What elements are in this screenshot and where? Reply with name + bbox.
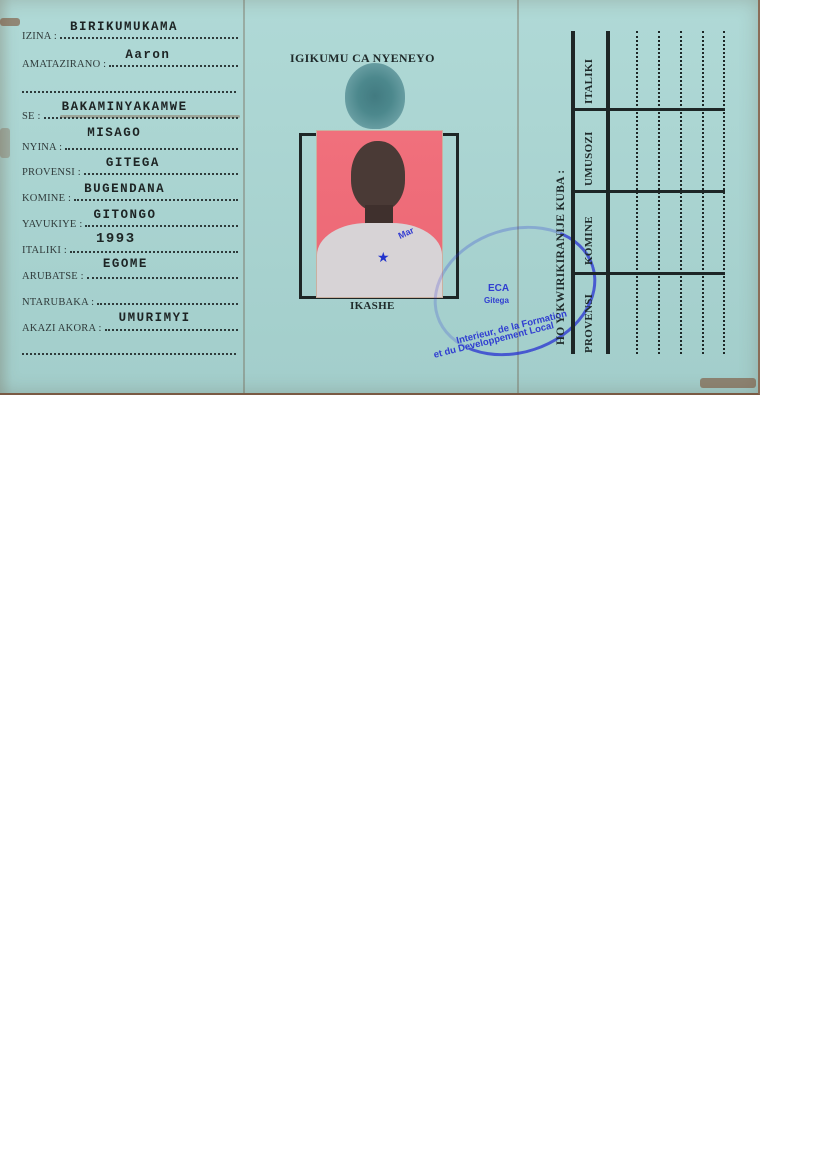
thumbprint-icon — [345, 63, 405, 129]
stamp-text: Gitega — [484, 296, 509, 305]
value-nyina: MISAGO — [87, 126, 141, 140]
value-se: BAKAMINYAKAMWE — [62, 100, 188, 114]
value-yavukiye: GITONGO — [93, 208, 156, 222]
blank-line — [22, 91, 236, 93]
table-dotted-line — [636, 31, 638, 354]
value-komine: BUGENDANA — [84, 182, 165, 196]
column-italiki: ITALIKI — [583, 59, 595, 104]
identity-card: IZINA : BIRIKUMUKAMA AMATAZIRANO : Aaron… — [0, 0, 760, 395]
field-ntarubaka: NTARUBAKA : — [22, 288, 238, 308]
value-izina: BIRIKUMUKAMA — [70, 20, 178, 34]
stain — [0, 128, 10, 158]
thumbprint-title: IGIKUMU CA NYENEYO — [290, 51, 435, 66]
field-komine: KOMINE : BUGENDANA — [22, 184, 238, 204]
value-arubatse: EGOME — [103, 257, 148, 271]
holder-photo: ★ — [316, 130, 443, 298]
field-nyina: NYINA : MISAGO — [22, 133, 238, 153]
stain — [0, 18, 20, 26]
column-provensi: PROVENSI — [583, 294, 595, 353]
field-akazi-akora: AKAZI AKORA : UMURIMYI — [22, 314, 238, 334]
star-icon: ★ — [377, 253, 389, 265]
field-italiki: ITALIKI : 1993 — [22, 236, 238, 256]
field-izina: IZINA : BIRIKUMUKAMA — [22, 22, 238, 42]
table-dotted-line — [658, 31, 660, 354]
value-provensi: GITEGA — [106, 156, 160, 170]
card-fold — [243, 0, 245, 393]
column-komine: KOMINE — [583, 216, 595, 265]
column-umusozi: UMUSOZI — [583, 131, 595, 186]
field-se: SE : BAKAMINYAKAMWE — [22, 102, 238, 122]
value-italiki: 1993 — [96, 231, 136, 247]
value-amatazirano: Aaron — [125, 48, 170, 62]
stain — [700, 378, 756, 388]
residence-heading: HO Y'KWIRIKIRANIJE KUBA : — [555, 170, 567, 345]
photo-caption: IKASHE — [350, 300, 395, 312]
field-provensi: PROVENSI : GITEGA — [22, 158, 238, 178]
field-amatazirano: AMATAZIRANO : Aaron — [22, 50, 238, 70]
value-akazi-akora: UMURIMYI — [119, 311, 191, 325]
table-dotted-line — [702, 31, 704, 354]
blank-line — [22, 353, 236, 355]
field-yavukiye: YAVUKIYE : GITONGO — [22, 210, 238, 230]
photo-head — [351, 141, 405, 211]
table-dotted-line — [723, 31, 725, 354]
field-arubatse: ARUBATSE : EGOME — [22, 262, 238, 282]
photo-neck — [365, 205, 393, 225]
table-dotted-line — [680, 31, 682, 354]
stamp-text: ECA — [488, 283, 509, 294]
